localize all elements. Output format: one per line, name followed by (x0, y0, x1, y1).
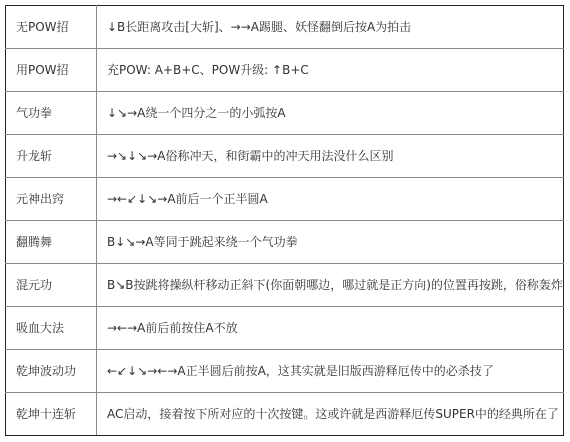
table-row: 乾坤波动功 ←↙↓↘→←→A正半圆后前按A，这其实就是旧版西游释厄传中的必杀技了 (6, 350, 564, 393)
table-row: 无POW招 ↓B长距离攻击[大斩]、→→A踢腿、妖怪翻倒后按A为拍击 (6, 6, 564, 49)
table-row: 翻腾舞 B↓↘→A等同于跳起来绕一个气功拳 (6, 221, 564, 264)
move-description: ↓B长距离攻击[大斩]、→→A踢腿、妖怪翻倒后按A为拍击 (97, 6, 564, 49)
move-description: B↓↘→A等同于跳起来绕一个气功拳 (97, 221, 564, 264)
move-name: 乾坤十连斩 (6, 393, 97, 436)
table-row: 用POW招 充POW: A+B+C、POW升级: ↑B+C (6, 49, 564, 92)
move-name: 翻腾舞 (6, 221, 97, 264)
table-row: 乾坤十连斩 AC启动，接着按下所对应的十次按键。这或许就是西游释厄传SUPER中… (6, 393, 564, 436)
move-name: 吸血大法 (6, 307, 97, 350)
table-row: 混元功 B↘B按跳将操纵杆移动正斜下(你面朝哪边，哪过就是正方向)的位置再按跳，… (6, 264, 564, 307)
move-description: →←↙↓↘→A前后一个正半圆A (97, 178, 564, 221)
move-name: 用POW招 (6, 49, 97, 92)
move-name: 乾坤波动功 (6, 350, 97, 393)
move-name: 无POW招 (6, 6, 97, 49)
move-name: 气功拳 (6, 92, 97, 135)
table-row: 元神出窍 →←↙↓↘→A前后一个正半圆A (6, 178, 564, 221)
move-description: ←↙↓↘→←→A正半圆后前按A，这其实就是旧版西游释厄传中的必杀技了 (97, 350, 564, 393)
table-row: 吸血大法 →←→A前后前按住A不放 (6, 307, 564, 350)
move-name: 元神出窍 (6, 178, 97, 221)
move-description: AC启动，接着按下所对应的十次按键。这或许就是西游释厄传SUPER中的经典所在了 (97, 393, 564, 436)
table-row: 升龙斩 →↘↓↘→A俗称冲天，和街霸中的冲天用法没什么区别 (6, 135, 564, 178)
move-name: 升龙斩 (6, 135, 97, 178)
table-row: 气功拳 ↓↘→A绕一个四分之一的小弧按A (6, 92, 564, 135)
move-name: 混元功 (6, 264, 97, 307)
move-description: →←→A前后前按住A不放 (97, 307, 564, 350)
move-description: →↘↓↘→A俗称冲天，和街霸中的冲天用法没什么区别 (97, 135, 564, 178)
move-description: 充POW: A+B+C、POW升级: ↑B+C (97, 49, 564, 92)
moves-table: 无POW招 ↓B长距离攻击[大斩]、→→A踢腿、妖怪翻倒后按A为拍击 用POW招… (5, 5, 564, 436)
move-description: B↘B按跳将操纵杆移动正斜下(你面朝哪边，哪过就是正方向)的位置再按跳，俗称轰炸 (97, 264, 564, 307)
move-description: ↓↘→A绕一个四分之一的小弧按A (97, 92, 564, 135)
